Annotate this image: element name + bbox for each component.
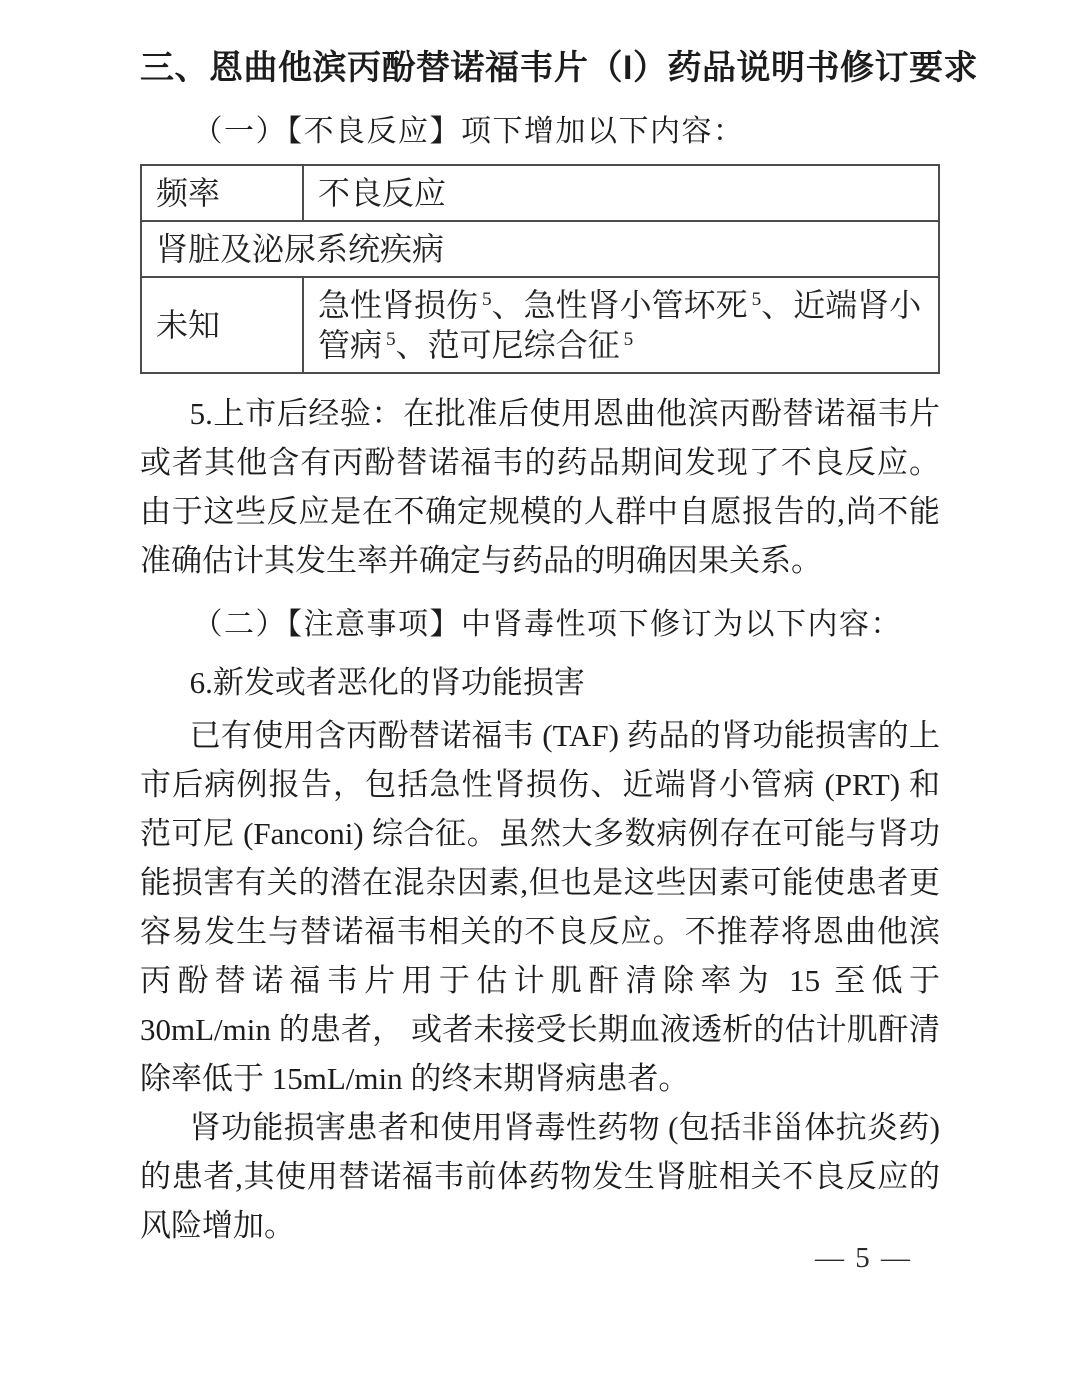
reaction-term: 急性肾损伤	[318, 287, 478, 323]
table-group-row: 肾脏及泌尿系统疾病	[141, 221, 939, 277]
section-two-heading: （二）【注意事项】中肾毒性项下修订为以下内容：	[140, 605, 940, 646]
section-one-heading: （一）【不良反应】项下增加以下内容：	[140, 112, 940, 153]
reaction-footnote-ref: 5	[624, 329, 634, 350]
reaction-separator: 、	[396, 327, 428, 363]
reaction-header-cell: 不良反应	[303, 165, 939, 221]
reaction-footnote-ref: 5	[752, 289, 762, 310]
reaction-footnote-ref: 5	[386, 329, 396, 350]
page-number: — 5 —	[815, 1242, 912, 1274]
page-footer: — 5 —	[815, 1242, 912, 1275]
table-header-row: 频率 不良反应	[141, 165, 939, 221]
page-title: 三、恩曲他滨丙酚替诺福韦片（I）药品说明书修订要求	[140, 46, 940, 92]
reactions-cell: 急性肾损伤5、急性肾小管坏死5、近端肾小管病5、范可尼综合征5	[303, 277, 939, 373]
renal-impairment-subheading: 6.新发或者恶化的肾功能损害	[140, 658, 940, 707]
system-organ-class-cell: 肾脏及泌尿系统疾病	[141, 221, 939, 277]
adverse-reaction-table: 频率 不良反应 肾脏及泌尿系统疾病 未知 急性肾损伤5、急性肾小管坏死5、近端肾…	[140, 164, 940, 374]
reaction-separator: 、	[492, 287, 524, 323]
document-page: 三、恩曲他滨丙酚替诺福韦片（I）药品说明书修订要求 （一）【不良反应】项下增加以…	[0, 0, 1080, 1393]
postmarketing-experience-paragraph: 5.上市后经验：在批准后使用恩曲他滨丙酚替诺福韦片或者其他含有丙酚替诺福韦的药品…	[140, 389, 940, 585]
nephrotoxic-risk-paragraph: 肾功能损害患者和使用肾毒性药物 (包括非甾体抗炎药) 的患者,其使用替诺福韦前体…	[140, 1103, 940, 1250]
reaction-footnote-ref: 5	[482, 289, 492, 310]
frequency-cell: 未知	[141, 277, 303, 373]
frequency-header-cell: 频率	[141, 165, 303, 221]
reaction-term: 急性肾小管坏死	[524, 287, 748, 323]
taf-renal-cases-paragraph: 已有使用含丙酚替诺福韦 (TAF) 药品的肾功能损害的上市后病例报告，包括急性肾…	[140, 711, 940, 1103]
reaction-separator: 、	[761, 287, 793, 323]
reaction-term: 范可尼综合征	[428, 327, 620, 363]
table-data-row: 未知 急性肾损伤5、急性肾小管坏死5、近端肾小管病5、范可尼综合征5	[141, 277, 939, 373]
